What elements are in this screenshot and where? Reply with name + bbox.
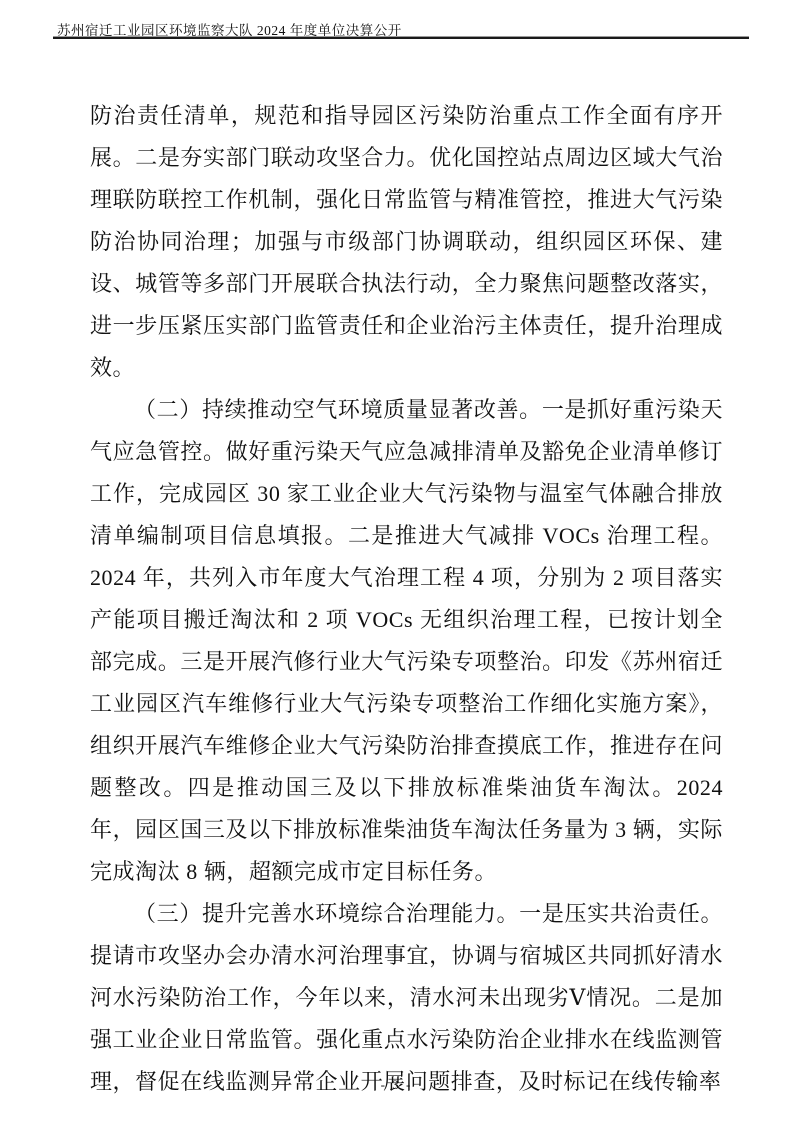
page-footer: - 3 - xyxy=(0,1076,793,1094)
document-page: 苏州宿迁工业园区环境监察大队 2024 年度单位决算公开 防治责任清单，规范和指… xyxy=(0,0,793,1122)
document-body: 防治责任清单，规范和指导园区污染防治重点工作全面有序开展。二是夯实部门联动攻坚合… xyxy=(90,95,723,1103)
paragraph-section-3: （三）提升完善水环境综合治理能力。一是压实共治责任。提请市攻坚办会办清水河治理事… xyxy=(90,893,723,1103)
paragraph-continuation: 防治责任清单，规范和指导园区污染防治重点工作全面有序开展。二是夯实部门联动攻坚合… xyxy=(90,95,723,389)
header-rule-divider xyxy=(53,36,749,39)
page-number: - 3 - xyxy=(381,1077,413,1092)
paragraph-section-2: （二）持续推动空气环境质量显著改善。一是抓好重污染天气应急管控。做好重污染天气应… xyxy=(90,389,723,893)
